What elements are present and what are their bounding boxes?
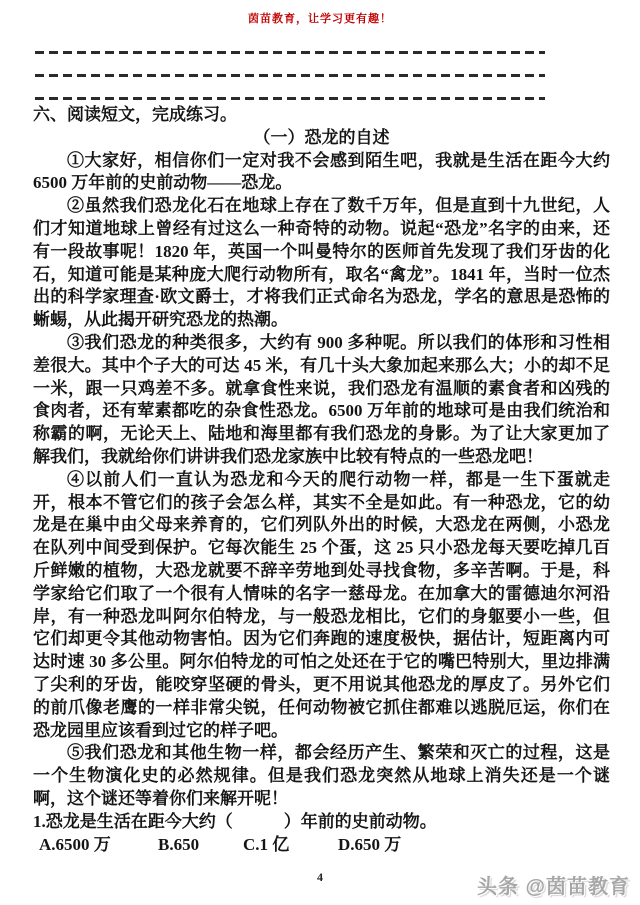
question-1-option: D.650 万 (338, 834, 401, 857)
question-1: 1.恐龙是生活在距今大约（ ）年前的史前动物。 (33, 811, 610, 834)
passage-paragraph: ②虽然我们恐龙化石在地球上存在了数千万年，但是直到十九世纪，人们才知道地球上曾经… (33, 195, 610, 332)
passage-paragraph: ④以前人们一直认为恐龙和今天的爬行动物一样，都是一生下蛋就走开，根本不管它们的孩… (33, 469, 610, 743)
answer-blank-line (35, 51, 545, 54)
passage-paragraph: ⑤我们恐龙和其他生物一样，都会经历产生、繁荣和灭亡的过程，这是一个生物演化史的必… (33, 742, 610, 810)
question-1-option: B.650 (158, 834, 243, 857)
passage-title: （一）恐龙的自述 (33, 127, 610, 150)
section-title: 六、阅读短文，完成练习。 (33, 104, 610, 127)
passage-paragraphs: ①大家好，相信你们一定对我不会感到陌生吧，我就是生活在距今大约 6500 万年前… (33, 150, 610, 811)
question-1-option: C.1 亿 (243, 834, 338, 857)
answer-blank-line (35, 97, 545, 100)
passage-paragraph: ①大家好，相信你们一定对我不会感到陌生吧，我就是生活在距今大约 6500 万年前… (33, 150, 610, 196)
passage-paragraph: ③我们恐龙的种类很多，大约有 900 多种呢。所以我们的体形和习性相差很大。其中… (33, 332, 610, 469)
question-1-option: A.6500 万 (39, 834, 158, 857)
brand-header-slogan: 茵苗教育，让学习更有趣！ (0, 10, 640, 26)
passage-content: 六、阅读短文，完成练习。 （一）恐龙的自述 ①大家好，相信你们一定对我不会感到陌… (33, 104, 610, 856)
toutiao-watermark: 头条 @茵苗教育 (477, 870, 630, 899)
worksheet-page: 茵苗教育，让学习更有趣！ 六、阅读短文，完成练习。 （一）恐龙的自述 ①大家好，… (0, 0, 640, 905)
question-1-options: A.6500 万B.650C.1 亿D.650 万 (33, 834, 610, 857)
answer-blank-line (35, 74, 545, 77)
